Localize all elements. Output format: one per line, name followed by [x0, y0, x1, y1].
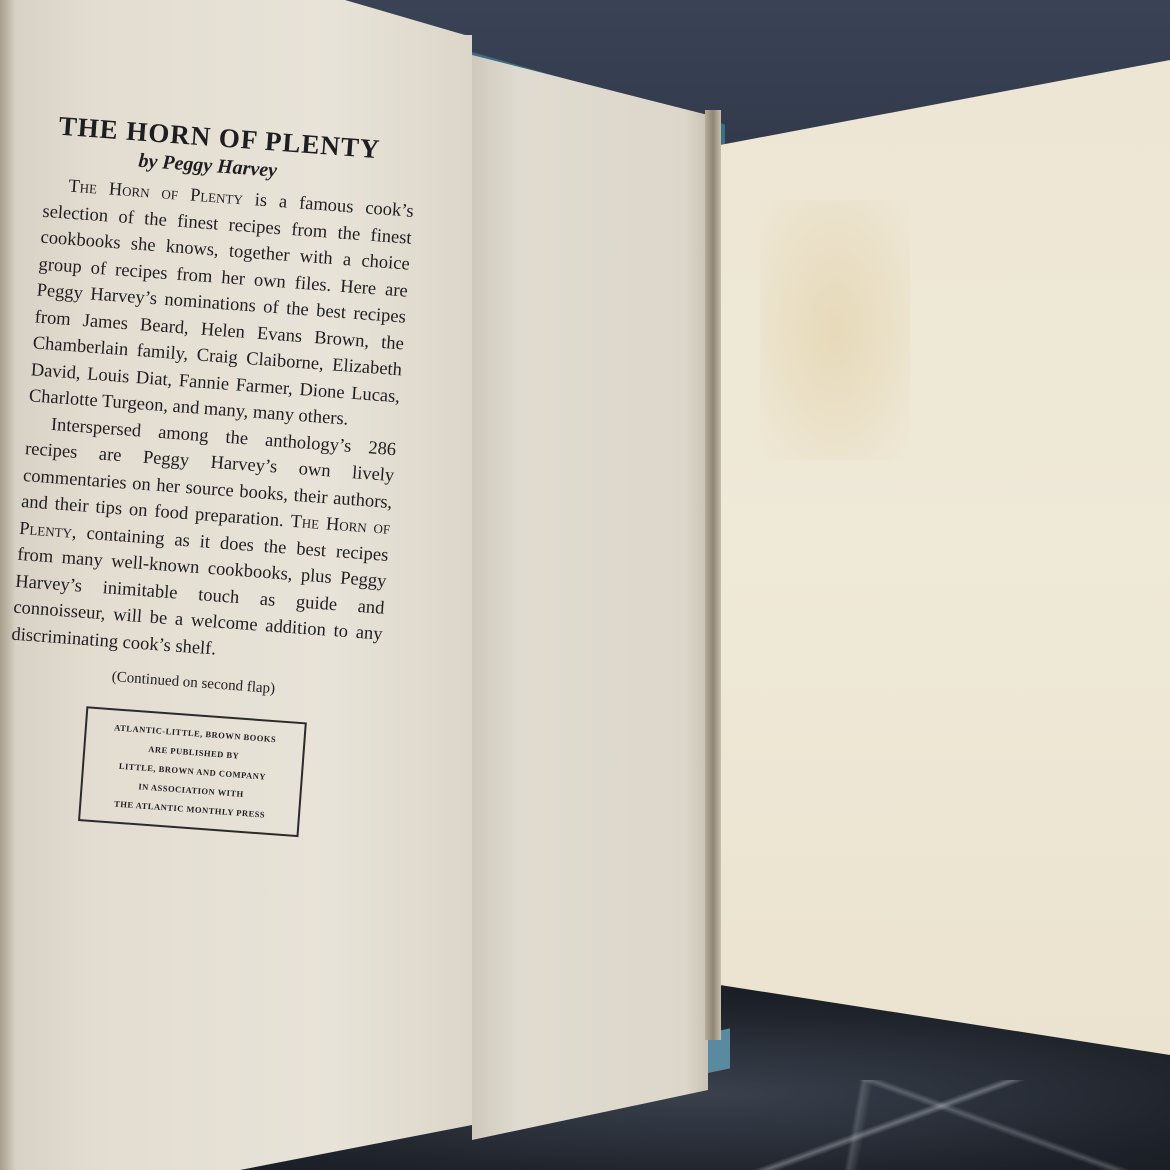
blurb-paragraph-2: Interspersed among the anthology’s 286 r… — [11, 410, 397, 675]
blurb-paragraph-1: The Horn of Plenty is a famous cook’s se… — [28, 172, 414, 437]
paper-stain — [760, 200, 910, 460]
front-endpaper — [472, 55, 708, 1140]
paragraph-2-text-after: , containing as it does the best recipes… — [11, 522, 389, 659]
paragraph-1-text: is a famous cook’s selection of the fine… — [28, 189, 414, 429]
flap-text-block: THE HORN OF PLENTY by Peggy Harvey The H… — [0, 110, 419, 842]
publisher-box: ATLANTIC-LITTLE, BROWN BOOKS ARE PUBLISH… — [78, 706, 307, 837]
book-gutter — [705, 110, 721, 1040]
marble-veins — [720, 1080, 1170, 1170]
flap-fold-shadow — [0, 0, 16, 1170]
